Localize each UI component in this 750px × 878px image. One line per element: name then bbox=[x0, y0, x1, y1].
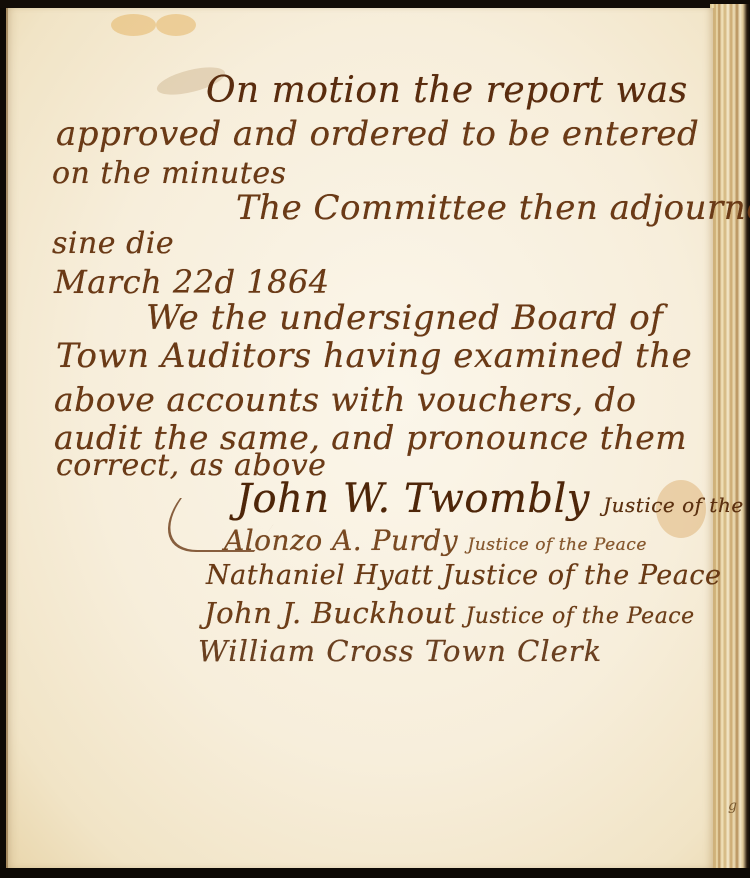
signature-title: Justice of the Peace bbox=[442, 560, 721, 591]
text-line-1: On motion the report was bbox=[206, 70, 688, 111]
signature-title: Justice of the Peace bbox=[468, 535, 647, 555]
signature-title: Town Clerk bbox=[425, 634, 602, 668]
signature-name: William Cross bbox=[198, 634, 415, 668]
binding-gutter bbox=[6, 8, 8, 868]
text-line-8: Town Auditors having examined the bbox=[56, 336, 692, 376]
scan-border-bottom bbox=[0, 868, 750, 878]
signature-2: Alonzo A. Purdy Justice of the Peace bbox=[224, 524, 647, 557]
signature-name: John W. Twombly bbox=[236, 476, 590, 522]
edge-mark: g bbox=[728, 798, 737, 814]
text-line-7: We the undersigned Board of bbox=[146, 298, 663, 338]
ledger-page: On motion the report was approved and or… bbox=[6, 8, 715, 868]
signature-3: Nathaniel Hyatt Justice of the Peace bbox=[206, 560, 721, 591]
signature-name: John J. Buckhout bbox=[204, 596, 456, 630]
water-stain bbox=[156, 14, 196, 36]
date-line: March 22d 1864 bbox=[54, 263, 330, 301]
signature-4: John J. Buckhout Justice of the Peace bbox=[204, 596, 695, 630]
signature-title: Justice of the Peace bbox=[603, 493, 750, 517]
text-line-5: sine die bbox=[52, 226, 174, 261]
page-edges bbox=[710, 4, 750, 868]
signature-1: John W. Twombly Justice of the Peace bbox=[236, 476, 750, 522]
text-line-9: above accounts with vouchers, do bbox=[54, 380, 637, 419]
text-line-3: on the minutes bbox=[52, 156, 286, 191]
signature-name: Nathaniel Hyatt bbox=[206, 560, 433, 591]
water-stain bbox=[111, 14, 156, 36]
scan-border-top bbox=[0, 0, 750, 8]
signature-name: Alonzo A. Purdy bbox=[224, 524, 458, 557]
signature-title: Justice of the Peace bbox=[465, 604, 694, 629]
signature-5: William Cross Town Clerk bbox=[198, 634, 602, 668]
text-line-4: The Committee then adjourned bbox=[236, 188, 750, 228]
text-line-2: approved and ordered to be entered bbox=[56, 114, 699, 154]
